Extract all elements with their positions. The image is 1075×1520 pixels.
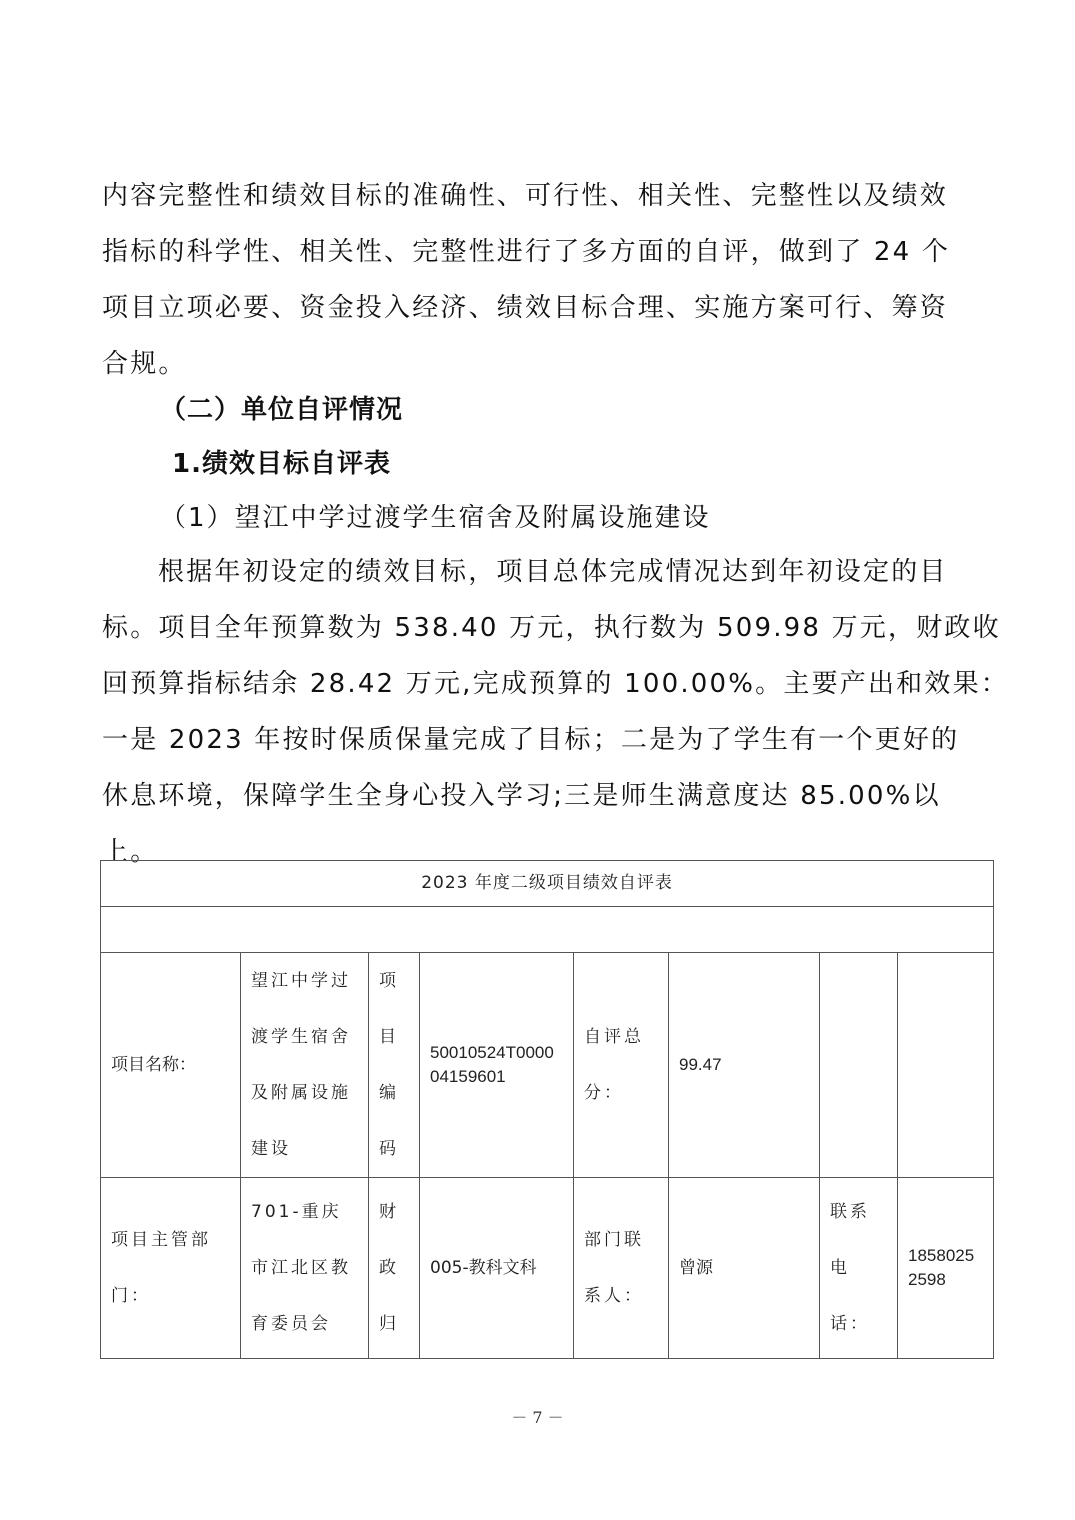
finance-label: 财政归: [369, 1178, 420, 1359]
subsection-heading: 1.绩效目标自评表: [172, 444, 391, 484]
project-code-value: 50010524T000004159601: [420, 953, 574, 1178]
text-line: 标。项目全年预算数为 538.40 万元，执行数为 509.98 万元，财政收: [102, 600, 982, 656]
text-line: 一是 2023 年按时保质保量完成了目标；二是为了学生有一个更好的: [102, 712, 982, 768]
contact-value: 曾源: [669, 1178, 820, 1359]
empty-cell: [820, 953, 898, 1178]
phone-label: 联系电话：: [820, 1178, 898, 1359]
contact-label: 部门联系人：: [574, 1178, 669, 1359]
performance-eval-table: 2023 年度二级项目绩效自评表 项目名称： 望江中学过渡学生宿舍及附属设施建设…: [100, 860, 994, 1359]
table-row: 项目主管部门： 701-重庆市江北区教育委员会 财政归 005-教科文科 部门联…: [101, 1178, 994, 1359]
dept-label: 项目主管部门：: [101, 1178, 241, 1359]
text-line: 回预算指标结余 28.42 万元,完成预算的 100.00%。主要产出和效果：: [102, 656, 982, 712]
empty-row: [101, 907, 994, 953]
table-row: 项目名称： 望江中学过渡学生宿舍及附属设施建设 项目编码 50010524T00…: [101, 953, 994, 1178]
score-value: 99.47: [669, 953, 820, 1178]
section-heading: （二）单位自评情况: [160, 390, 403, 430]
text-line: 内容完整性和绩效目标的准确性、可行性、相关性、完整性以及绩效: [102, 168, 982, 224]
page-number: － 7 －: [0, 1405, 1075, 1428]
text-line: 指标的科学性、相关性、完整性进行了多方面的自评，做到了 24 个: [102, 224, 982, 280]
item-heading: （1）望江中学过渡学生宿舍及附属设施建设: [160, 498, 711, 538]
text-line: 根据年初设定的绩效目标，项目总体完成情况达到年初设定的目: [102, 544, 982, 600]
text-line: 合规。: [102, 336, 982, 392]
finance-value: 005-教科文科: [420, 1178, 574, 1359]
dept-value: 701-重庆市江北区教育委员会: [241, 1178, 369, 1359]
intro-paragraph: 内容完整性和绩效目标的准确性、可行性、相关性、完整性以及绩效 指标的科学性、相关…: [102, 168, 982, 392]
project-code-label: 项目编码: [369, 953, 420, 1178]
empty-cell: [898, 953, 994, 1178]
phone-value: 18580252598: [898, 1178, 994, 1359]
body-paragraph: 根据年初设定的绩效目标，项目总体完成情况达到年初设定的目 标。项目全年预算数为 …: [102, 544, 982, 880]
text-line: 项目立项必要、资金投入经济、绩效目标合理、实施方案可行、筹资: [102, 280, 982, 336]
text-line: 休息环境，保障学生全身心投入学习;三是师生满意度达 85.00%以: [102, 768, 982, 824]
table-title: 2023 年度二级项目绩效自评表: [101, 861, 994, 907]
project-name-label: 项目名称：: [101, 953, 241, 1178]
project-name-value: 望江中学过渡学生宿舍及附属设施建设: [241, 953, 369, 1178]
score-label: 自评总分：: [574, 953, 669, 1178]
